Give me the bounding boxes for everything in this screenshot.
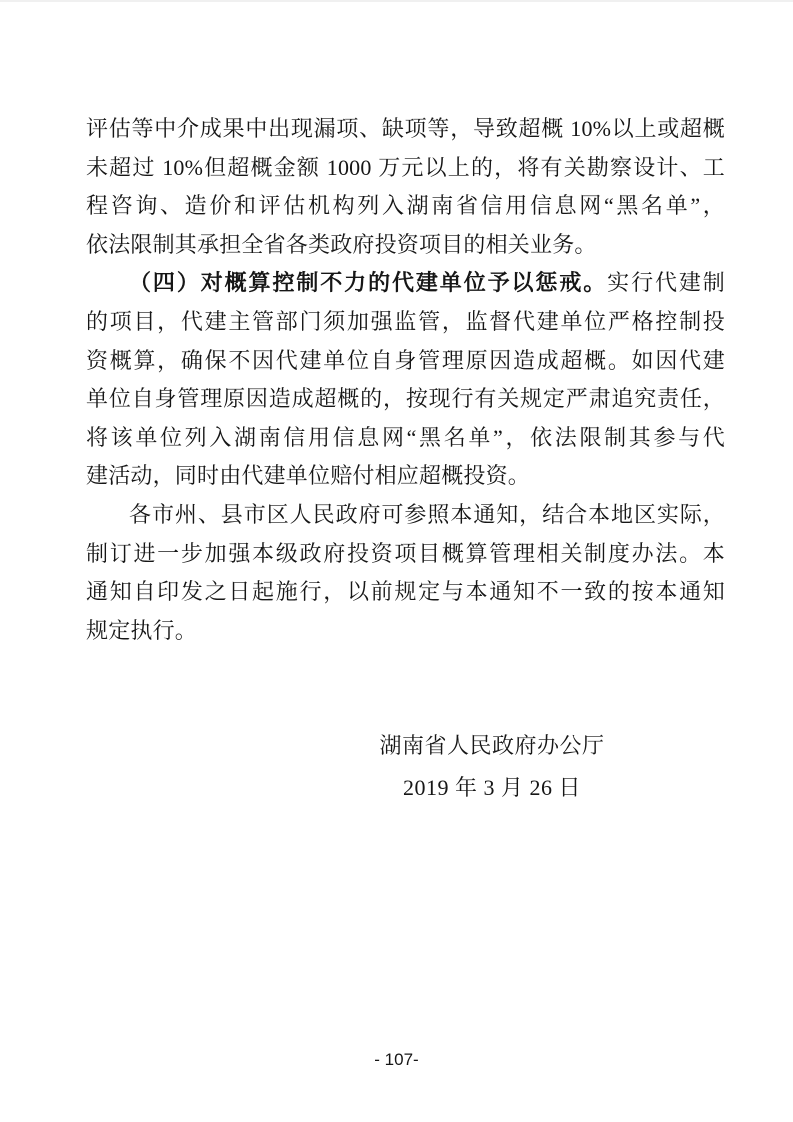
text-line: 的项目，代建主管部门须加强监管，监督代建单位严格控制投	[86, 303, 725, 342]
text-line: 建活动，同时由代建单位赔付相应超概投资。	[86, 457, 725, 496]
text-line: 通知自印发之日起施行，以前规定与本通知不一致的按本通知	[86, 573, 725, 612]
text-run: 实行代建制	[607, 270, 725, 295]
text-line-section-four: （四）对概算控制不力的代建单位予以惩戒。实行代建制	[86, 264, 725, 303]
section-four-heading: （四）对概算控制不力的代建单位予以惩戒。	[129, 270, 607, 295]
text-line: 规定执行。	[86, 612, 725, 651]
text-line: 依法限制其承担全省各类政府投资项目的相关业务。	[86, 226, 725, 265]
signature-block: 湖南省人民政府办公厅 2019 年 3 月 26 日	[292, 725, 692, 809]
text-line: 制订进一步加强本级政府投资项目概算管理相关制度办法。本	[86, 535, 725, 574]
signature-date: 2019 年 3 月 26 日	[292, 767, 692, 809]
signature-issuer: 湖南省人民政府办公厅	[292, 725, 692, 767]
text-line: 单位自身管理原因造成超概的，按现行有关规定严肃追究责任，	[86, 380, 725, 419]
text-line: 未超过 10%但超概金额 1000 万元以上的，将有关勘察设计、工	[86, 149, 725, 188]
text-line: 各市州、县市区人民政府可参照本通知，结合本地区实际，	[86, 496, 725, 535]
page-footer: - 107-	[0, 1050, 793, 1070]
page-top-edge	[0, 0, 793, 2]
document-page: 评估等中介成果中出现漏项、缺项等，导致超概 10%以上或超概 未超过 10%但超…	[0, 0, 793, 1122]
text-line: 评估等中介成果中出现漏项、缺项等，导致超概 10%以上或超概	[86, 110, 725, 149]
text-line: 资概算，确保不因代建单位自身管理原因造成超概。如因代建	[86, 342, 725, 381]
text-line: 将该单位列入湖南信用信息网“黑名单”，依法限制其参与代	[86, 419, 725, 458]
document-body: 评估等中介成果中出现漏项、缺项等，导致超概 10%以上或超概 未超过 10%但超…	[86, 110, 725, 650]
text-line: 程咨询、造价和评估机构列入湖南省信用信息网“黑名单”，	[86, 187, 725, 226]
page-number: - 107-	[374, 1050, 418, 1069]
